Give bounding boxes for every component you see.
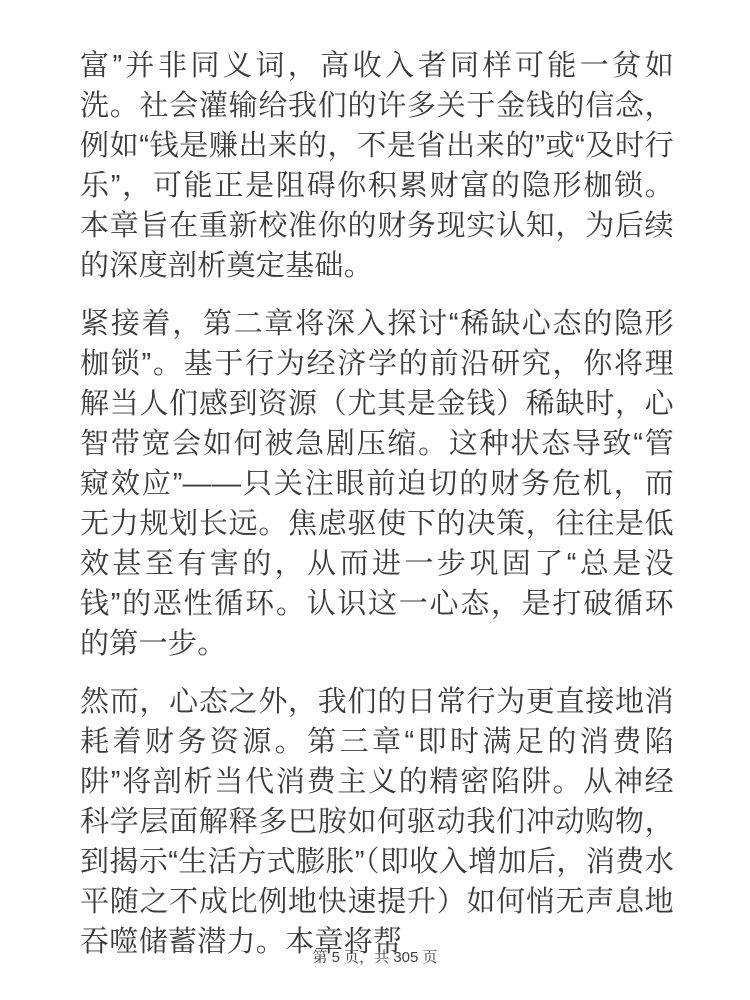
paragraph-2: 紧接着，第二章将深入探讨“稀缺心态的隐形枷锁”。基于行为经济学的前沿研究，你将理… (80, 304, 674, 664)
document-body: 富”并非同义词，高收入者同样可能一贫如洗。社会灌输给我们的许多关于金钱的信念，例… (80, 46, 674, 980)
paragraph-3: 然而，心态之外，我们的日常行为更直接地消耗着财务资源。第三章“即时满足的消费陷阱… (80, 682, 674, 962)
document-page: 富”并非同义词，高收入者同样可能一贫如洗。社会灌输给我们的许多关于金钱的信念，例… (0, 0, 750, 1000)
paragraph-1: 富”并非同义词，高收入者同样可能一贫如洗。社会灌输给我们的许多关于金钱的信念，例… (80, 46, 674, 286)
page-number-footer: 第 5 页，共 305 页 (0, 949, 750, 967)
